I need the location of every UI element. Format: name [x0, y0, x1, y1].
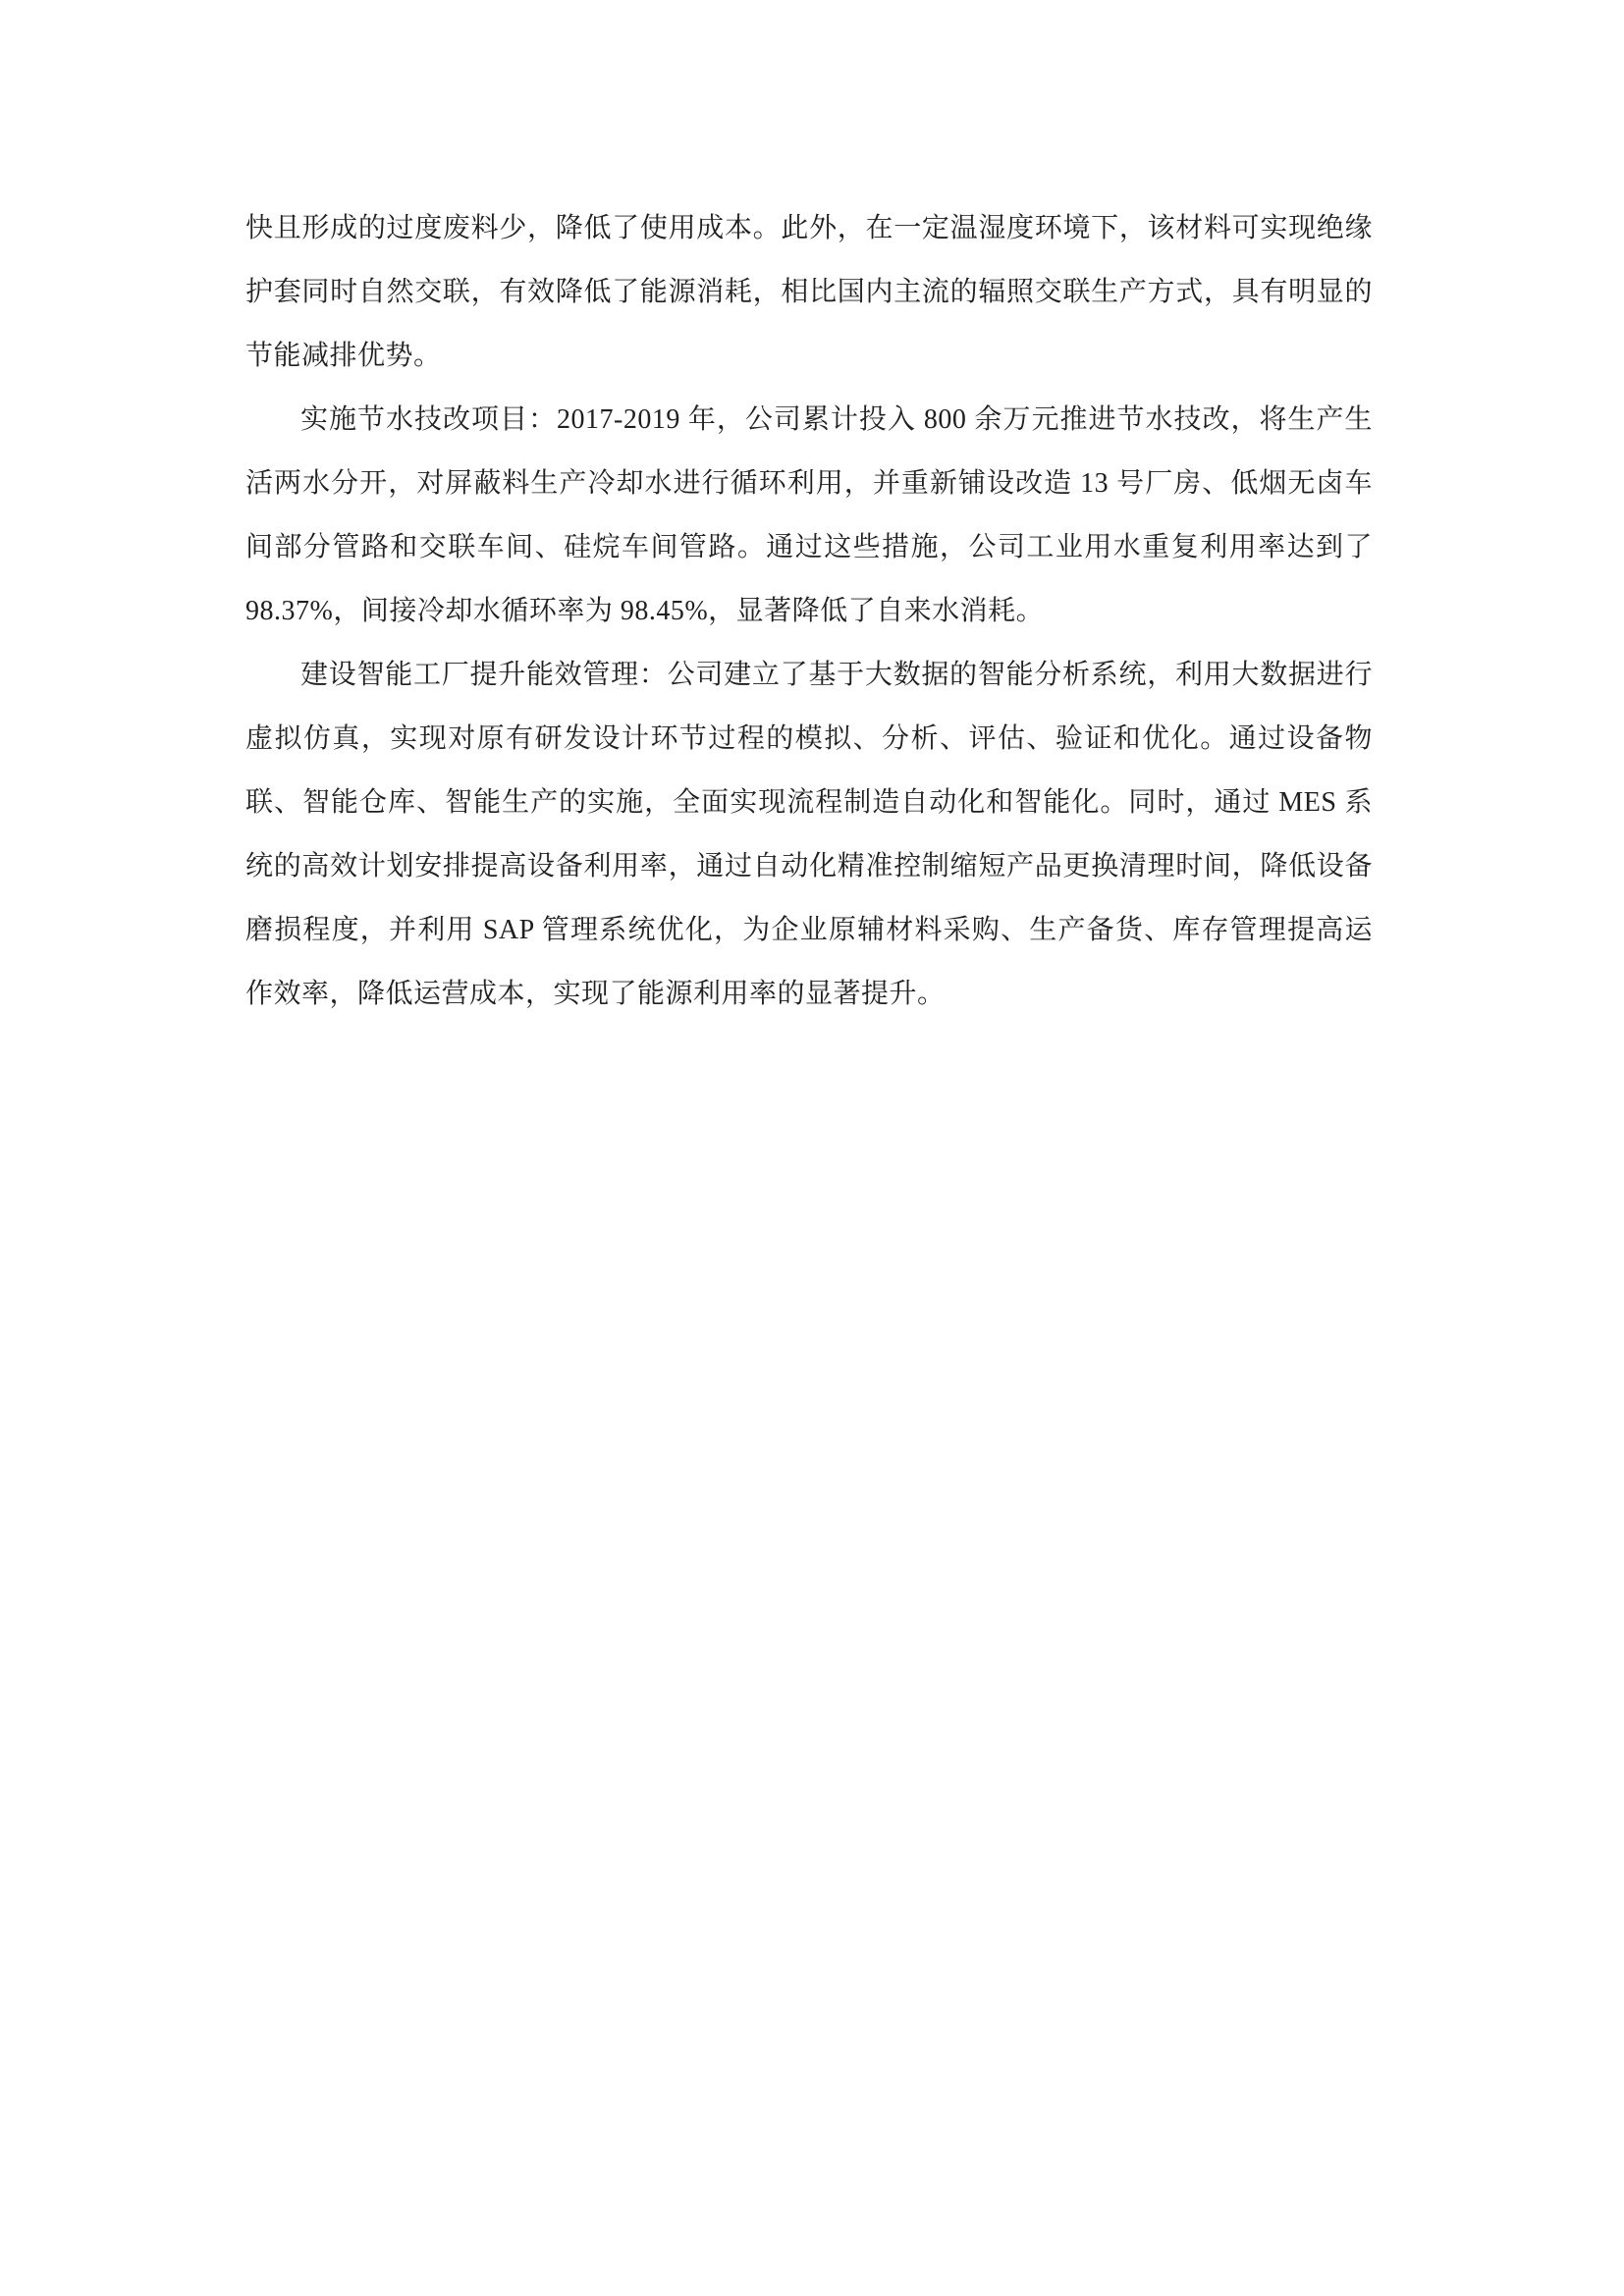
paragraph-smart-factory: 建设智能工厂提升能效管理：公司建立了基于大数据的智能分析系统，利用大数据进行虚拟…: [245, 643, 1373, 1026]
document-text-block: 快且形成的过度废料少，降低了使用成本。此外，在一定温湿度环境下，该材料可实现绝缘…: [245, 196, 1373, 1026]
paragraph-water-saving-project: 实施节水技改项目：2017-2019 年，公司累计投入 800 余万元推进节水技…: [245, 388, 1373, 643]
document-page: 快且形成的过度废料少，降低了使用成本。此外，在一定温湿度环境下，该材料可实现绝缘…: [0, 0, 1624, 2296]
paragraph-cost-and-crosslinking: 快且形成的过度废料少，降低了使用成本。此外，在一定温湿度环境下，该材料可实现绝缘…: [245, 196, 1373, 388]
